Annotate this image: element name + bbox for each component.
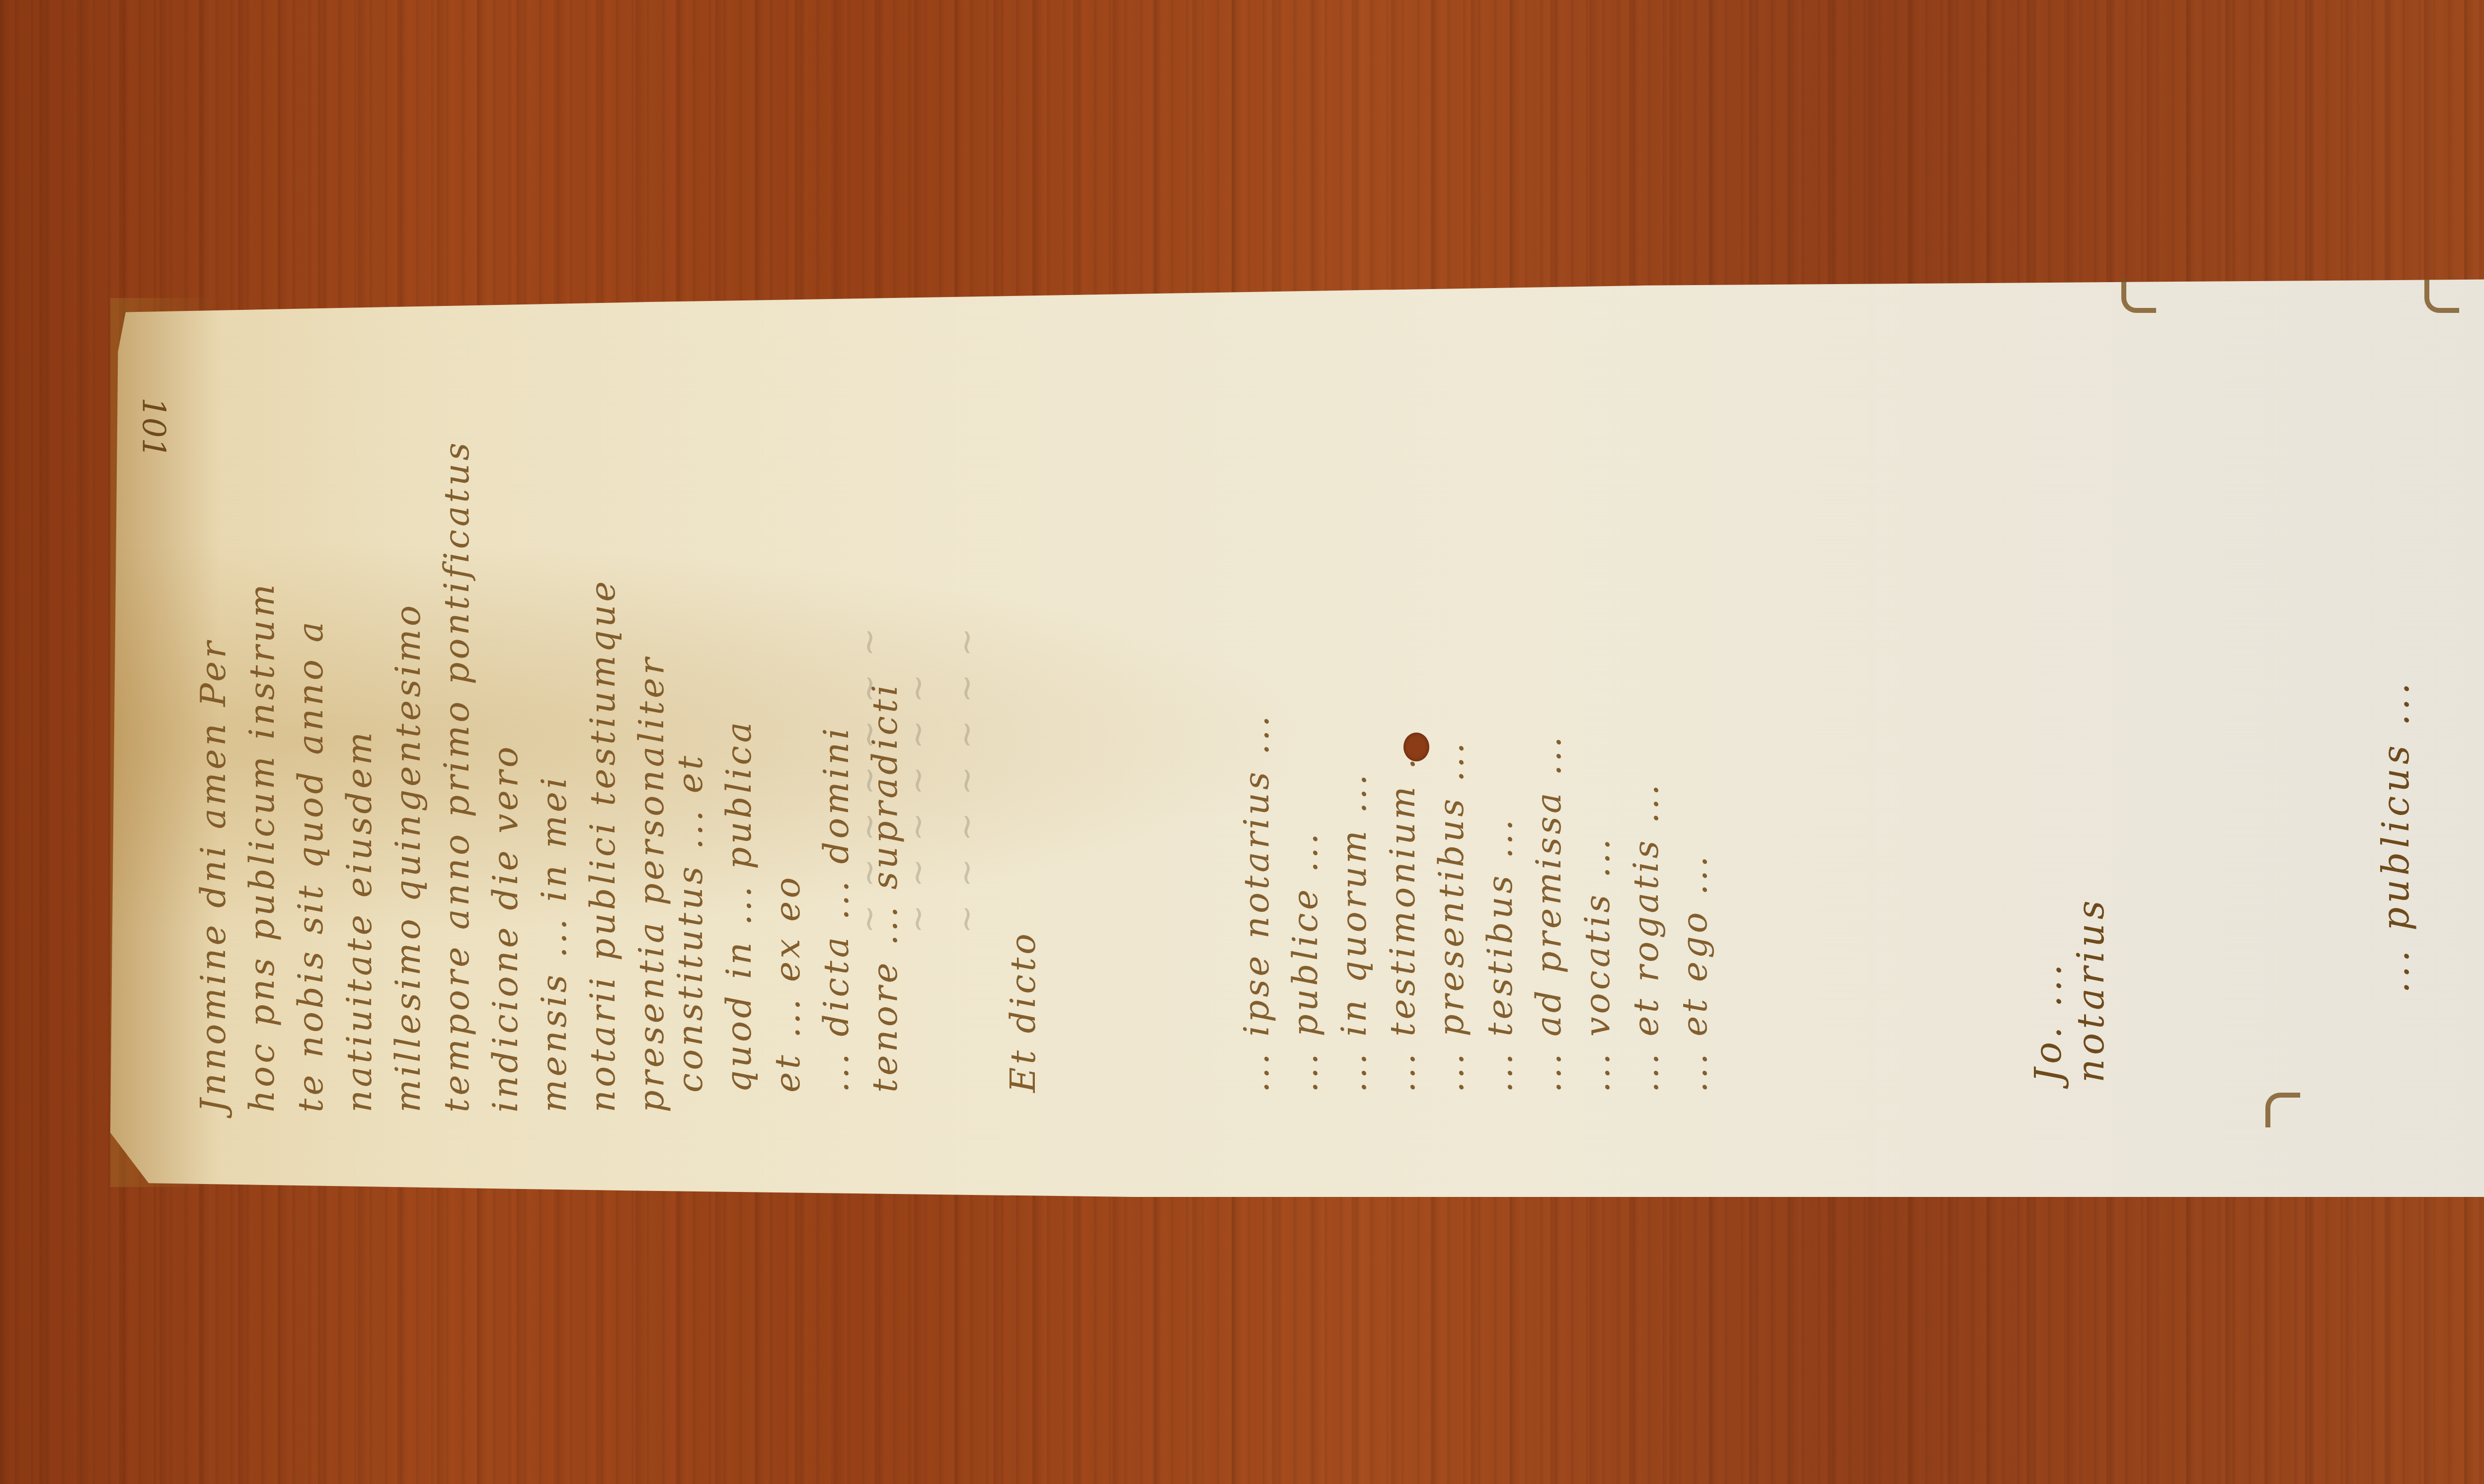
text-line: tempore anno primo pontificatus (432, 407, 481, 1113)
text-line: hoc pns publicum instrum (237, 407, 286, 1113)
signature-left: Jo. ... notarius (2027, 805, 2112, 1083)
text-line: indicione die vero (481, 407, 530, 1113)
text-line: quod in ... publica (714, 387, 763, 1093)
text-line: ... in quorum ... (1329, 348, 1378, 1093)
text-line: mensis ... in mei (530, 407, 578, 1113)
text-line: ... publice ... (1281, 348, 1329, 1093)
text-block-first: Jnnomine dni amen Per hoc pns publicum i… (189, 407, 676, 1113)
text-line: notarii publici testiumque (578, 407, 627, 1113)
text-line: natiuitate eiusdem (335, 407, 384, 1113)
seal-mark (1403, 733, 1429, 761)
text-line: ... testibus ... (1475, 348, 1524, 1093)
bleed-through-text: ~ ~ ~ ~ ~ ~ ~ ~ ~ ~ ~ ~ ~ ~ ~ ~ ~ ~ ~ ~ (845, 387, 991, 934)
text-block-third: ... ipse notarius ... ... publice ... ..… (1232, 348, 1719, 1093)
text-line: et ... ex eo (763, 387, 812, 1093)
text-line: ... vocatis ... (1573, 348, 1622, 1093)
text-line: ... ipse notarius ... (1232, 348, 1281, 1093)
corner-mark (2424, 278, 2459, 313)
text-line: millesimo quingentesimo (384, 407, 432, 1113)
closing-phrase: Et dicto (999, 884, 1047, 1093)
corner-mark (2121, 278, 2156, 313)
text-line: ... ad premissa ... (1524, 348, 1573, 1093)
text-line: te nobis sit quod anno a (286, 407, 335, 1113)
corner-mark (2265, 1093, 2300, 1127)
text-line: ... testimonium ... (1378, 348, 1427, 1093)
signature-right: ... publicus ... (2375, 646, 2417, 993)
text-line: constitutus ... et (666, 387, 714, 1093)
text-line: Jnnomine dni amen Per (189, 407, 237, 1113)
text-line: ... et rogatis ... (1622, 348, 1670, 1093)
folio-number: 101 (135, 397, 171, 458)
text-line: ... presentibus ... (1427, 348, 1475, 1093)
text-line: ... et ego ... (1670, 348, 1719, 1093)
